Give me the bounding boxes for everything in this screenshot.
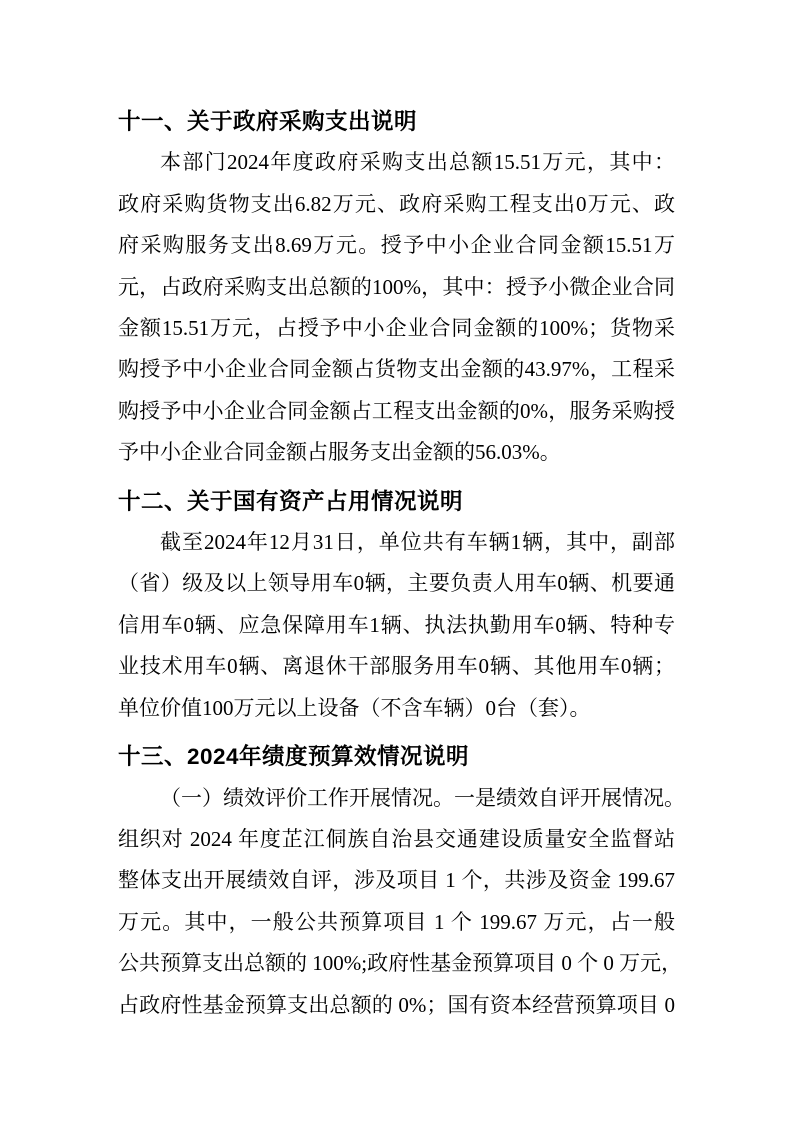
document-page: 十一、关于政府采购支出说明本部门2024年度政府采购支出总额15.51万元，其中… — [0, 0, 793, 1122]
paragraph-line: 组织对 2024 年度芷江侗族自治县交通建设质量安全监督站 — [118, 819, 675, 860]
paragraph-line: （省）级及以上领导用车0辆，主要负责人用车0辆、机要通 — [118, 563, 675, 604]
paragraph-line: 政府采购货物支出6.82万元、政府采购工程支出0万元、政 — [118, 184, 675, 225]
paragraph-line: 本部门2024年度政府采购支出总额15.51万元，其中： — [118, 142, 675, 183]
paragraph-line: 元，占政府采购支出总额的100%，其中：授予小微企业合同 — [118, 267, 675, 308]
section-heading-section-13: 十三、2024年绩度预算效情况说明 — [118, 736, 675, 777]
paragraph-line: 业技术用车0辆、离退休干部服务用车0辆、其他用车0辆； — [118, 646, 675, 687]
paragraph-line: 购授予中小企业合同金额占工程支出金额的0%，服务采购授 — [118, 391, 675, 432]
paragraph-line: 单位价值100万元以上设备（不含车辆）0台（套）。 — [118, 688, 675, 729]
paragraph-line: 予中小企业合同金额占服务支出金额的56.03%。 — [118, 432, 675, 473]
paragraph-line: 信用车0辆、应急保障用车1辆、执法执勤用车0辆、特种专 — [118, 605, 675, 646]
paragraph-line: （一）绩效评价工作开展情况。一是绩效自评开展情况。 — [118, 778, 675, 819]
paragraph-line: 府采购服务支出8.69万元。授予中小企业合同金额15.51万 — [118, 225, 675, 266]
paragraph-line: 占政府性基金预算支出总额的 0%；国有资本经营预算项目 0 — [118, 985, 675, 1026]
paragraph-line: 万元。其中，一般公共预算项目 1 个 199.67 万元，占一般 — [118, 902, 675, 943]
paragraph-line: 金额15.51万元，占授予中小企业合同金额的100%；货物采 — [118, 308, 675, 349]
section-heading-section-11: 十一、关于政府采购支出说明 — [118, 101, 675, 142]
paragraph-line: 整体支出开展绩效自评，涉及项目 1 个，共涉及资金 199.67 — [118, 860, 675, 901]
paragraph-line: 截至2024年12月31日，单位共有车辆1辆，其中，副部 — [118, 522, 675, 563]
section-heading-section-12: 十二、关于国有资产占用情况说明 — [118, 481, 675, 522]
paragraph-line: 购授予中小企业合同金额占货物支出金额的43.97%，工程采 — [118, 349, 675, 390]
document-content: 十一、关于政府采购支出说明本部门2024年度政府采购支出总额15.51万元，其中… — [118, 101, 675, 1026]
paragraph-line: 公共预算支出总额的 100%;政府性基金预算项目 0 个 0 万元， — [118, 943, 675, 984]
